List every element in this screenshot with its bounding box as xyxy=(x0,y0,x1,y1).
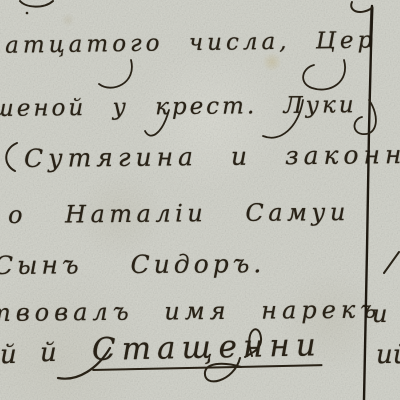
handwritten-line-6: твовалъ имя нарекъ xyxy=(0,296,381,327)
handwritten-line-7-initial-1: й xyxy=(0,340,17,370)
handwritten-line-3: Сутягина и законни xyxy=(24,140,400,173)
handwritten-line-5: Сынъ Сидоръ. xyxy=(0,249,265,280)
manuscript-page-scan: натцатого числа, Цер шеной у крест. Луки… xyxy=(0,0,400,400)
handwritten-line-7-tail: ий xyxy=(376,340,400,370)
handwritten-line-7-initial-2: й xyxy=(40,338,57,368)
handwritten-line-1: натцатого числа, Цер xyxy=(0,28,376,59)
handwritten-line-7-signature-scrawl: Стащенни xyxy=(92,327,323,371)
handwritten-line-4: о Наталіи Самуи xyxy=(8,198,350,229)
handwritten-line-6-tail: и xyxy=(372,300,387,328)
handwritten-line-2: шеной у крест. Луки xyxy=(0,92,357,122)
